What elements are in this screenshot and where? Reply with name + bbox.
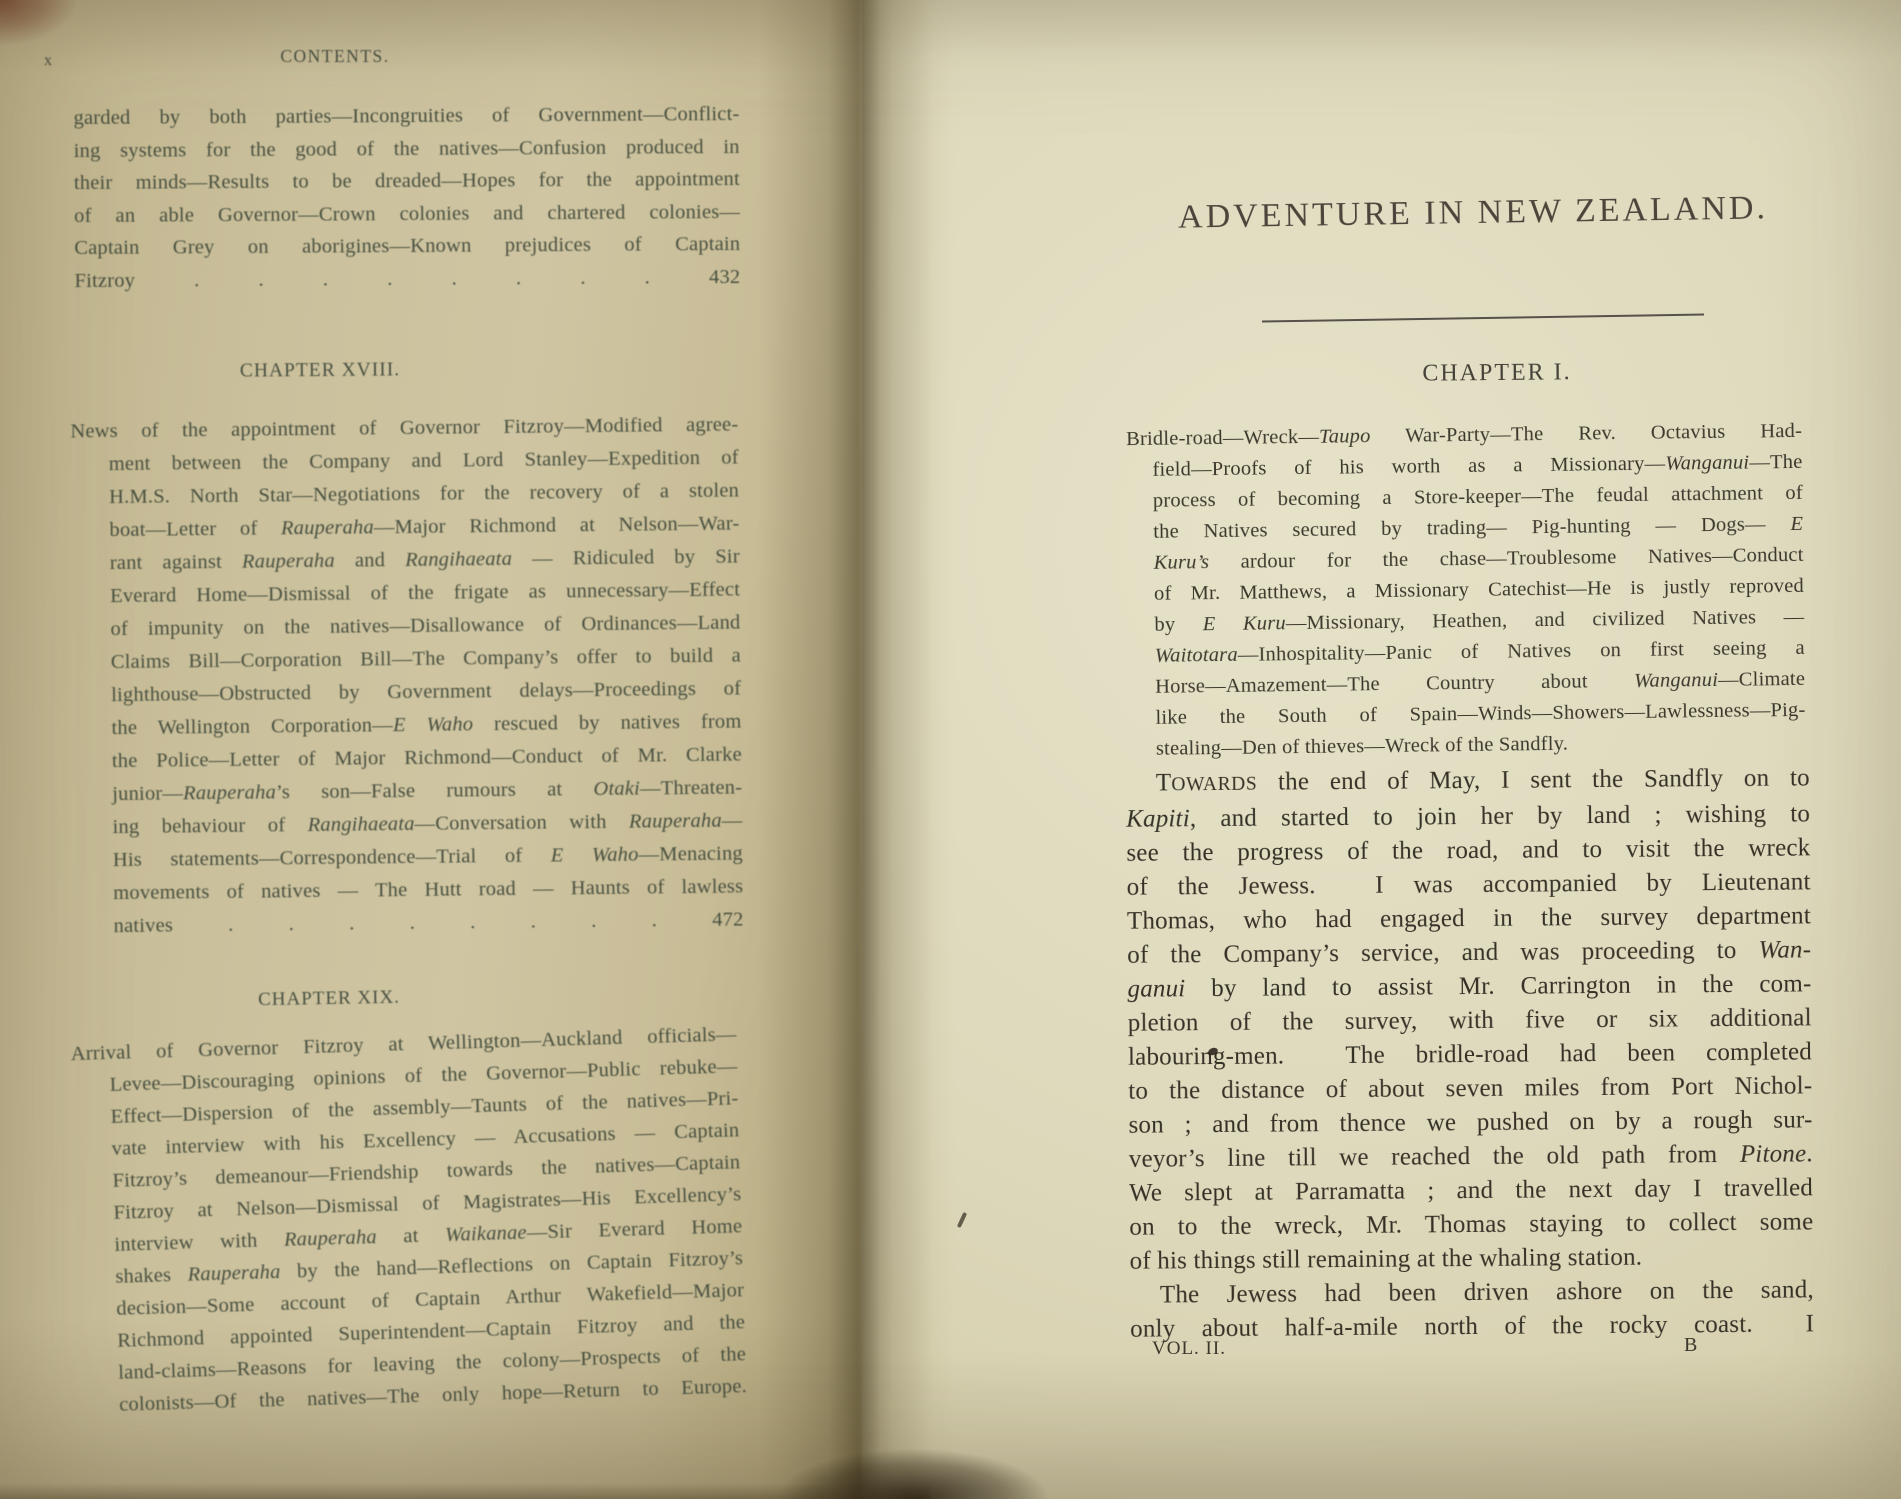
text-segment: . — [228, 909, 234, 942]
text-line: son ; and from thence we pushed on by a … — [1128, 1103, 1812, 1142]
book-photo: x CONTENTS. garded by both parties—Incon… — [0, 0, 1901, 1499]
text-segment: process of becoming a Store-keeper—The f… — [1153, 482, 1803, 512]
italic-text-segment: Rauperaha — [242, 550, 335, 573]
text-line: pletion of the survey, with five or six … — [1128, 1001, 1812, 1040]
text-segment: and — [335, 549, 405, 572]
text-line: veyor’s line till we reached the old pat… — [1129, 1137, 1813, 1176]
text-segment: . — [591, 905, 597, 938]
text-segment: pletion of the survey, with five or six … — [1128, 1004, 1812, 1036]
text-segment: War-Party—The Rev. Octavius Had- — [1370, 420, 1802, 447]
text-segment: News of the appointment of Governor Fitz… — [70, 414, 738, 443]
text-line: of the Jewess. I was accompanied by Lieu… — [1127, 865, 1811, 904]
italic-text-segment: Rangihaeata — [405, 548, 512, 571]
text-segment: — Ridiculed by Sir — [512, 546, 740, 570]
text-segment: . — [531, 906, 537, 939]
text-segment: veyor’s line till we reached the old pat… — [1129, 1141, 1740, 1173]
text-segment: OWARDS — [1171, 774, 1257, 796]
text-segment: H.M.S. North Star—Negotiations for the r… — [109, 480, 739, 509]
text-line: ganui by land to assist Mr. Carrington i… — [1127, 967, 1811, 1006]
text-segment: stealing—Den of thieves—Wreck of the San… — [1156, 733, 1568, 760]
italic-text-segment: E Waho — [551, 844, 639, 867]
italic-text-segment: Wanganui — [1634, 669, 1718, 692]
text-segment: ardour for the chase—Troublesome Natives… — [1209, 544, 1804, 573]
text-segment: —Climate — [1718, 668, 1805, 691]
text-segment: —Conversation with — [414, 811, 629, 835]
text-line: of an able Governor—Crown colonies and c… — [74, 195, 740, 232]
text-segment: to the distance of about seven miles fro… — [1128, 1072, 1812, 1104]
text-segment: of impunity on the natives—Disallowance … — [110, 612, 740, 641]
text-segment: shakes — [115, 1264, 188, 1288]
italic-text-segment: Waitotara — [1155, 644, 1238, 667]
text-segment: of the Jewess. I was accompanied by Lieu… — [1127, 868, 1811, 900]
text-segment: T — [1156, 769, 1172, 796]
text-segment: . — [451, 262, 457, 295]
text-line: TOWARDS the end of May, I sent the Sandf… — [1126, 761, 1810, 802]
italic-text-segment: ganui — [1127, 975, 1185, 1002]
text-segment: 472 — [712, 903, 744, 936]
text-segment: . — [387, 263, 393, 296]
text-line: Fitzroy........432 — [74, 260, 740, 297]
text-segment: the Wellington Corporation— — [111, 714, 393, 739]
text-segment: . — [258, 263, 264, 296]
text-line: only about half-a-mile north of the rock… — [1130, 1307, 1814, 1346]
text-segment: —Major Richmond at Nelson—War- — [374, 513, 740, 539]
chapter-18-heading: CHAPTER XVIII. — [170, 359, 470, 383]
contents-header: CONTENTS. — [235, 46, 435, 67]
text-segment: . — [349, 908, 355, 941]
text-segment: only about half-a-mile north of the rock… — [1130, 1310, 1814, 1342]
text-segment: . — [410, 907, 416, 940]
text-segment: —Threaten- — [640, 776, 742, 799]
text-segment: rant against — [110, 551, 242, 574]
text-segment: boat—Letter of — [109, 517, 281, 541]
text-segment: at — [377, 1224, 446, 1248]
italic-text-segment: Kapiti — [1126, 805, 1190, 832]
italic-text-segment: Rangihaeata — [308, 813, 415, 836]
text-segment: by — [1154, 613, 1203, 636]
text-segment: . — [289, 908, 295, 941]
text-line: We slept at Parramatta ; and the next da… — [1129, 1171, 1813, 1210]
italic-text-segment: Rauperaha — [281, 516, 374, 539]
text-line: garded by both parties—Incongruities of … — [73, 98, 739, 135]
text-segment: of an able Governor—Crown colonies and c… — [74, 200, 740, 226]
text-line: to the distance of about seven miles fro… — [1128, 1069, 1812, 1108]
text-line: Thomas, who had engaged in the survey de… — [1127, 899, 1811, 938]
italic-text-segment: E — [1790, 513, 1803, 535]
text-segment: ment between the Company and Lord Stanle… — [109, 447, 739, 476]
text-segment: of the Company’s service, and was procee… — [1127, 937, 1759, 969]
text-segment: field—Proofs of his worth as a Missionar… — [1152, 453, 1665, 481]
text-segment: —Inhospitality—Panic of Natives on first… — [1238, 637, 1805, 666]
text-line: of the Company’s service, and was procee… — [1127, 933, 1811, 972]
text-segment: see the progress of the road, and to vis… — [1126, 834, 1810, 866]
text-segment: of Mr. Matthews, a Missionary Catechist—… — [1154, 575, 1804, 605]
printer-signature: B — [1684, 1334, 1697, 1357]
text-segment: garded by both parties—Incongruities of … — [73, 103, 739, 129]
text-line: see the progress of the road, and to vis… — [1126, 831, 1810, 870]
text-segment: , and started to join her by land ; wish… — [1190, 800, 1810, 832]
italic-text-segment: Rauperaha — [183, 781, 276, 804]
text-segment: rescued by natives from — [473, 711, 741, 736]
italic-text-segment: Taupo — [1319, 425, 1371, 448]
text-line: Captain Grey on aborigines—Known prejudi… — [74, 228, 740, 265]
text-segment: the Natives secured by trading— Pig-hunt… — [1153, 513, 1790, 543]
text-segment: labouring-men. The bridle-road had been … — [1128, 1038, 1812, 1070]
italic-text-segment: Waikanae — [445, 1222, 527, 1246]
text-segment: Fitzroy — [74, 264, 135, 297]
text-line: labouring-men. The bridle-road had been … — [1128, 1035, 1812, 1074]
italic-text-segment: Pitone — [1740, 1140, 1807, 1168]
text-segment: interview with — [114, 1229, 284, 1256]
folio-page-number: x — [44, 52, 52, 70]
text-segment: — — [722, 809, 743, 831]
text-line: their minds—Results to be dreaded—Hopes … — [74, 163, 740, 200]
italic-text-segment: Otaki — [593, 778, 640, 800]
text-segment: . — [323, 263, 329, 296]
text-segment: —Menacing — [638, 842, 743, 865]
text-segment: ing systems for the good of the natives—… — [74, 135, 740, 161]
text-segment: —The — [1749, 451, 1802, 474]
text-segment: Everard Home—Dismissal of the frigate as… — [110, 579, 740, 608]
italic-text-segment: Wan- — [1758, 936, 1811, 963]
chapter-1-body-text: TOWARDS the end of May, I sent the Sandf… — [1126, 761, 1815, 1346]
text-segment: . — [645, 261, 651, 294]
italic-text-segment: Rauperaha — [284, 1226, 378, 1251]
text-segment: Horse—Amazement—The Country about — [1155, 670, 1634, 698]
bottom-edge-shadow — [0, 1483, 930, 1499]
book-gutter-shadow — [758, 0, 933, 1499]
text-segment: We slept at Parramatta ; and the next da… — [1129, 1174, 1813, 1206]
toc-continued-entry: garded by both parties—Incongruities of … — [73, 98, 740, 297]
text-segment: Claims Bill—Corporation Bill—The Company… — [111, 645, 741, 674]
text-segment: . — [652, 904, 658, 937]
italic-text-segment: Rauperaha — [629, 810, 722, 833]
italic-text-segment: E Kuru — [1203, 612, 1286, 635]
chapter-1-summary: Bridle-road—Wreck—Taupo War-Party—The Re… — [1126, 416, 1806, 765]
italic-text-segment: E Waho — [393, 713, 474, 736]
italic-text-segment: Rauperaha — [187, 1261, 281, 1286]
text-segment: son ; and from thence we pushed on by a … — [1128, 1106, 1812, 1138]
text-line: movements of natives — The Hutt road — H… — [75, 870, 743, 910]
text-segment: ing behaviour of — [112, 814, 307, 838]
text-line: The Jewess had been driven ashore on the… — [1130, 1273, 1814, 1312]
chapter-1-heading: CHAPTER I. — [1347, 359, 1647, 389]
text-segment: by land to assist Mr. Carrington in the … — [1185, 970, 1811, 1002]
text-line: ing systems for the good of the natives—… — [74, 130, 740, 167]
volume-label: VOL. II. — [1152, 1338, 1226, 1360]
text-line: on to the wreck, Mr. Thomas staying to c… — [1129, 1205, 1813, 1244]
text-segment: natives — [113, 909, 173, 943]
text-line: Kapiti, and started to join her by land … — [1126, 797, 1810, 836]
text-segment: like the South of Spain—Winds—Showers—La… — [1155, 699, 1805, 729]
text-segment: . — [580, 261, 586, 294]
text-segment: junior— — [112, 782, 183, 805]
text-segment: Thomas, who had engaged in the survey de… — [1127, 902, 1811, 934]
toc-chapter-18-entry: News of the appointment of Governor Fitz… — [70, 409, 743, 944]
text-line: natives........472 — [75, 903, 743, 943]
text-segment: . — [470, 906, 476, 939]
text-segment: movements of natives — The Hutt road — H… — [113, 875, 743, 904]
text-segment: their minds—Results to be dreaded—Hopes … — [74, 168, 740, 194]
corner-shadow — [0, 0, 120, 64]
text-segment: lighthouse—Obstructed by Government dela… — [111, 678, 741, 707]
text-segment: the Police—Letter of Major Richmond—Cond… — [112, 743, 742, 772]
toc-chapter-19-entry: Arrival of Governor Fitzroy at Wellingto… — [70, 1018, 747, 1422]
text-segment: —Sir Everard Home — [526, 1215, 742, 1243]
text-segment: Bridle-road—Wreck— — [1126, 426, 1319, 450]
text-segment: the end of May, I sent the Sandfly on to — [1257, 764, 1810, 795]
text-line: of his things still remaining at the wha… — [1129, 1239, 1813, 1278]
text-segment: The Jewess had been driven ashore on the… — [1160, 1276, 1814, 1308]
text-segment: 432 — [709, 260, 741, 293]
text-segment: . — [194, 264, 200, 297]
text-segment: His statements—Correspondence—Trial of — [113, 845, 551, 872]
text-segment: ’s son—False rumours at — [276, 778, 594, 803]
italic-text-segment: Kuru’s — [1154, 551, 1210, 574]
text-segment: —Missionary, Heathen, and civilized Nati… — [1286, 606, 1805, 634]
text-segment: on to the wreck, Mr. Thomas staying to c… — [1129, 1208, 1813, 1240]
italic-text-segment: Wanganui — [1665, 452, 1749, 475]
text-segment: Captain Grey on aborigines—Known prejudi… — [74, 233, 740, 259]
text-segment: . — [516, 262, 522, 295]
text-segment: of his things still remaining at the wha… — [1130, 1244, 1643, 1275]
text-segment: . — [1806, 1140, 1813, 1167]
